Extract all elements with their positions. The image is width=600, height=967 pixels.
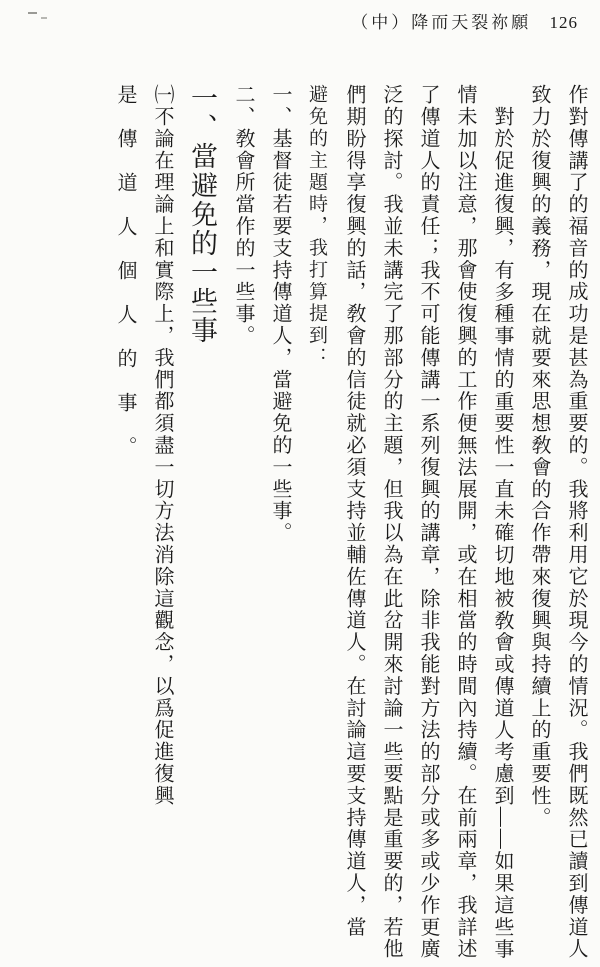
list-item-2: 二、敎會所當作的一些事。: [224, 84, 261, 964]
book-title: （中）降而天裂祢願: [351, 13, 531, 32]
section-heading: 一、當避免的一些事: [180, 84, 224, 964]
paragraph-continuation: 作對傳講了的福音的成功是甚為重要的。我將利用它於現今的情況。我們既然已讀到傳道人…: [520, 84, 594, 964]
vertical-text-area: 作對傳講了的福音的成功是甚為重要的。我將利用它於現今的情況。我們既然已讀到傳道人…: [6, 84, 594, 964]
subparagraph-end: 是傳道人個人的事。: [106, 84, 143, 964]
page-number: 126: [550, 13, 579, 32]
list-item-1: 一、基督徒若要支持傳道人，當避免的一些事。: [261, 84, 298, 964]
scan-artifact: [41, 17, 47, 19]
scan-artifact: [28, 12, 37, 14]
subparagraph-start: ㈠不論在理論上和實際上，我們都須盡一切方法消除這觀念，以爲促進復興: [143, 84, 180, 964]
running-header: （中）降而天裂祢願 126: [351, 8, 578, 33]
kai-transition-note: 避免的主題時，我打算提到：: [298, 84, 335, 964]
paragraph: 對於促進復興，有多種事情的重要性一直未確切地被敎會或傳道人考慮到——如果這些事情…: [335, 84, 520, 964]
book-page: （中）降而天裂祢願 126 作對傳講了的福音的成功是甚為重要的。我將利用它於現今…: [0, 0, 600, 967]
